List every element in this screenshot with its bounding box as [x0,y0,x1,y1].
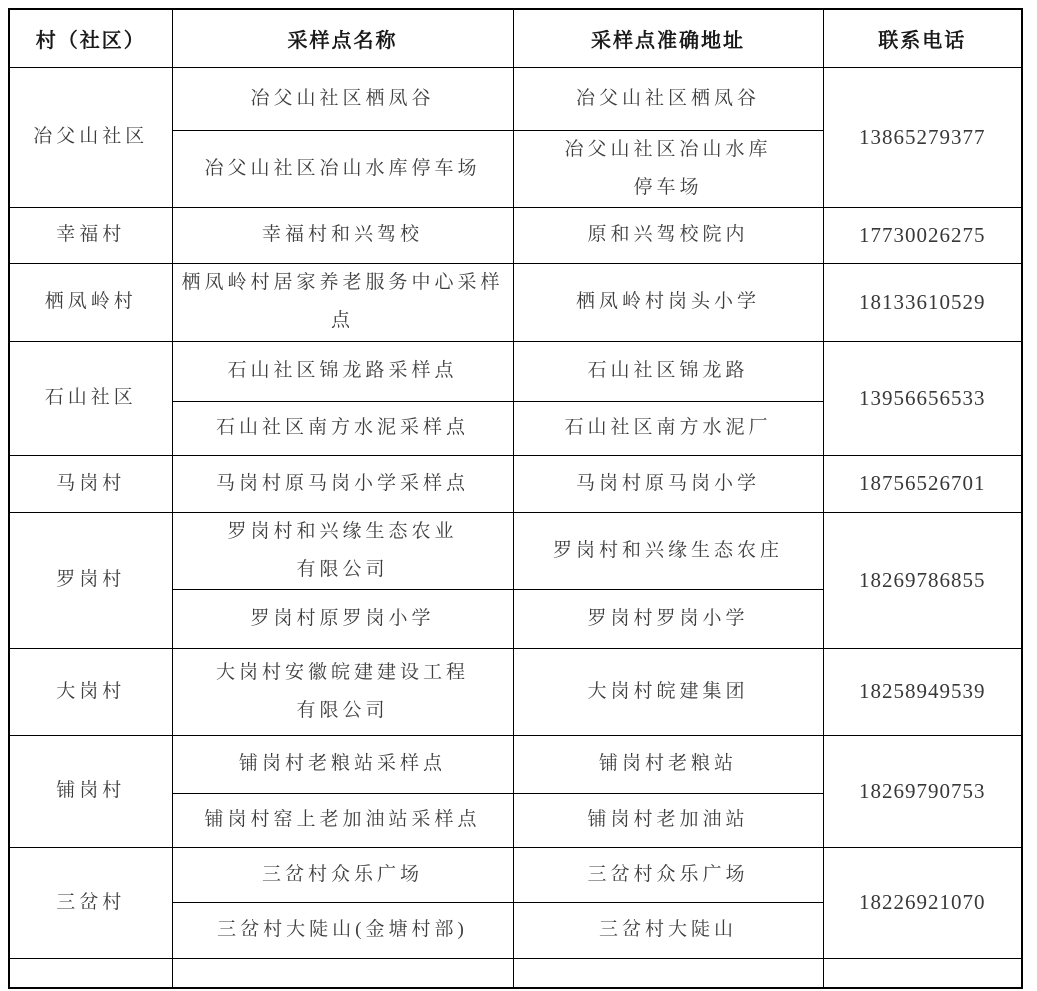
village-cell: 三岔村 [9,847,172,958]
table-row: 大岗村 大岗村安徽皖建建设工程 有限公司 大岗村皖建集团 18258949539 [9,648,1022,735]
header-phone: 联系电话 [823,9,1022,67]
village-cell: 幸福村 [9,207,172,263]
site-address-cell: 冶父山社区冶山水库 停车场 [513,130,823,207]
village-cell: 大岗村 [9,648,172,735]
table-row-clipped [9,958,1022,988]
site-address-cell [513,958,823,988]
site-address-cell: 石山社区锦龙路 [513,341,823,401]
site-address-cell: 铺岗村老加油站 [513,793,823,847]
site-name-cell: 冶父山社区冶山水库停车场 [172,130,513,207]
phone-cell: 13956656533 [823,341,1022,455]
site-name-cell: 三岔村大陡山(金塘村部) [172,902,513,958]
village-cell: 冶父山社区 [9,67,172,207]
table-row: 幸福村 幸福村和兴驾校 原和兴驾校院内 17730026275 [9,207,1022,263]
phone-cell: 18269790753 [823,735,1022,847]
site-name-cell: 三岔村众乐广场 [172,847,513,902]
site-name-cell: 幸福村和兴驾校 [172,207,513,263]
site-address-cell: 大岗村皖建集团 [513,648,823,735]
site-name-cell: 罗岗村原罗岗小学 [172,589,513,648]
table-row: 罗岗村 罗岗村和兴缘生态农业 有限公司 罗岗村和兴缘生态农庄 182697868… [9,512,1022,589]
phone-cell: 18133610529 [823,263,1022,341]
village-cell: 栖凤岭村 [9,263,172,341]
table-row: 栖凤岭村 栖凤岭村居家养老服务中心采样 点 栖凤岭村岗头小学 181336105… [9,263,1022,341]
phone-cell: 17730026275 [823,207,1022,263]
village-cell: 铺岗村 [9,735,172,847]
table-row: 马岗村 马岗村原马岗小学采样点 马岗村原马岗小学 18756526701 [9,455,1022,512]
sampling-points-table: 村（社区） 采样点名称 采样点准确地址 联系电话 冶父山社区 冶父山社区栖凤谷 … [8,8,1023,989]
site-name-cell: 石山社区锦龙路采样点 [172,341,513,401]
phone-cell: 13865279377 [823,67,1022,207]
site-address-cell: 原和兴驾校院内 [513,207,823,263]
site-address-cell: 冶父山社区栖凤谷 [513,67,823,130]
village-cell [9,958,172,988]
site-address-cell: 马岗村原马岗小学 [513,455,823,512]
phone-cell: 18258949539 [823,648,1022,735]
site-address-cell: 罗岗村罗岗小学 [513,589,823,648]
site-address-cell: 铺岗村老粮站 [513,735,823,793]
phone-cell: 18226921070 [823,847,1022,958]
village-cell: 石山社区 [9,341,172,455]
header-site-name: 采样点名称 [172,9,513,67]
phone-cell: 18756526701 [823,455,1022,512]
site-name-cell: 马岗村原马岗小学采样点 [172,455,513,512]
phone-cell [823,958,1022,988]
site-address-cell: 三岔村众乐广场 [513,847,823,902]
site-name-cell: 石山社区南方水泥采样点 [172,401,513,455]
table-header-row: 村（社区） 采样点名称 采样点准确地址 联系电话 [9,9,1022,67]
table-row: 冶父山社区 冶父山社区栖凤谷 冶父山社区栖凤谷 13865279377 [9,67,1022,130]
site-address-cell: 罗岗村和兴缘生态农庄 [513,512,823,589]
site-name-cell: 栖凤岭村居家养老服务中心采样 点 [172,263,513,341]
site-name-cell: 铺岗村窑上老加油站采样点 [172,793,513,847]
site-name-cell: 罗岗村和兴缘生态农业 有限公司 [172,512,513,589]
table-row: 石山社区 石山社区锦龙路采样点 石山社区锦龙路 13956656533 [9,341,1022,401]
site-name-cell: 冶父山社区栖凤谷 [172,67,513,130]
site-address-cell: 三岔村大陡山 [513,902,823,958]
header-site-address: 采样点准确地址 [513,9,823,67]
village-cell: 罗岗村 [9,512,172,648]
site-name-cell: 铺岗村老粮站采样点 [172,735,513,793]
site-address-cell: 石山社区南方水泥厂 [513,401,823,455]
site-name-cell: 大岗村安徽皖建建设工程 有限公司 [172,648,513,735]
site-address-cell: 栖凤岭村岗头小学 [513,263,823,341]
phone-cell: 18269786855 [823,512,1022,648]
table-row: 三岔村 三岔村众乐广场 三岔村众乐广场 18226921070 [9,847,1022,902]
site-name-cell [172,958,513,988]
village-cell: 马岗村 [9,455,172,512]
header-village: 村（社区） [9,9,172,67]
table-row: 铺岗村 铺岗村老粮站采样点 铺岗村老粮站 18269790753 [9,735,1022,793]
